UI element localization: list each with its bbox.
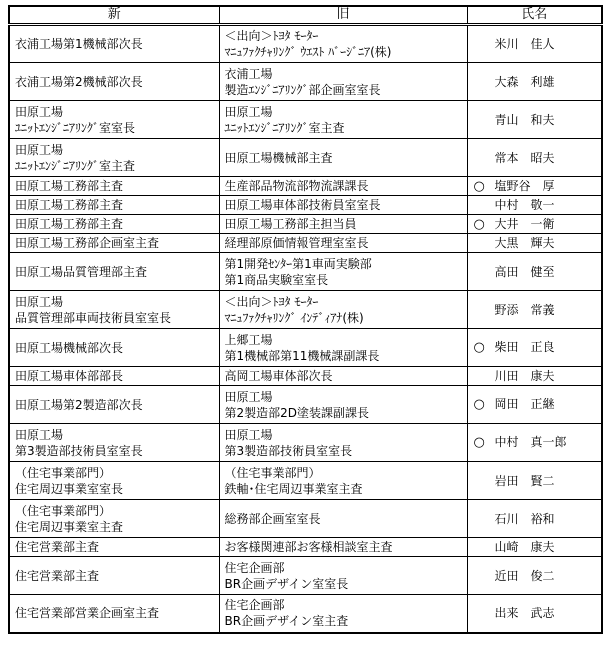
cell-line: 製造ｴﾝｼﾞﾆｱﾘﾝｸﾞ部企画室室長 — [225, 82, 465, 98]
column-header-name: 氏名 — [467, 6, 602, 25]
table-row: 田原工場第3製造部技術員室室長田原工場第3製造部技術員室室長○中村 真一郎 — [9, 424, 602, 462]
old-position-cell: 上郷工場第1機械部第11機械課副課長 — [219, 329, 467, 367]
person-name: 常本 昭夫 — [495, 151, 555, 165]
person-name: 近田 俊二 — [495, 569, 555, 583]
old-position-cell: 経理部原価情報管理室室長 — [219, 234, 467, 253]
table-row: 田原工場ﾕﾆｯﾄｴﾝｼﾞﾆｱﾘﾝｸﾞ室室長田原工場ﾕﾆｯﾄｴﾝｼﾞﾆｱﾘﾝｸﾞ室… — [9, 101, 602, 139]
person-name: 岩田 賢二 — [495, 474, 555, 488]
old-position-cell: 田原工場ﾕﾆｯﾄｴﾝｼﾞﾆｱﾘﾝｸﾞ室主査 — [219, 101, 467, 139]
name-cell: ○中村 真一郎 — [467, 424, 602, 462]
name-cell: 高田 健至 — [467, 253, 602, 291]
old-position-cell: 田原工場第3製造部技術員室室長 — [219, 424, 467, 462]
table-row: 田原工場工務部主査田原工場工務部主担当員○大井 一衛 — [9, 215, 602, 234]
new-position-cell: 田原工場品質管理部車両技術員室室長 — [9, 291, 219, 329]
cell-line: 衣浦工場第1機械部次長 — [15, 36, 217, 52]
cell-line: 第1商品実験室室長 — [225, 272, 465, 288]
person-name: 青山 和夫 — [495, 113, 555, 127]
table-row: 田原工場機械部次長上郷工場第1機械部第11機械課副課長○柴田 正良 — [9, 329, 602, 367]
cell-line: 第3製造部技術員室室長 — [225, 443, 465, 459]
new-position-cell: 田原工場ﾕﾆｯﾄｴﾝｼﾞﾆｱﾘﾝｸﾞ室主査 — [9, 139, 219, 177]
name-cell: 中村 敬一 — [467, 196, 602, 215]
cell-line: 高岡工場車体部次長 — [225, 368, 465, 384]
person-name: 大森 利雄 — [495, 75, 555, 89]
person-name: 川田 康夫 — [495, 369, 555, 383]
person-name: 大黒 輝夫 — [495, 236, 555, 250]
cell-line: 田原工場 — [15, 427, 217, 443]
cell-line: （住宅事業部門） — [225, 465, 465, 481]
new-position-cell: （住宅事業部門）住宅周辺事業室主査 — [9, 500, 219, 538]
cell-line: ＜出向＞ﾄﾖﾀ ﾓｰﾀｰ — [225, 28, 465, 44]
cell-line: 住宅営業部営業企画室主査 — [15, 605, 217, 621]
new-position-cell: 田原工場第3製造部技術員室室長 — [9, 424, 219, 462]
name-cell: 青山 和夫 — [467, 101, 602, 139]
table-row: 田原工場第2製造部次長田原工場第2製造部2D塗装課副課長○岡田 正継 — [9, 386, 602, 424]
table-row: 田原工場車体部部長高岡工場車体部次長川田 康夫 — [9, 367, 602, 386]
cell-line: 田原工場 — [225, 389, 465, 405]
old-position-cell: 田原工場第2製造部2D塗装課副課長 — [219, 386, 467, 424]
cell-line: 田原工場 — [15, 104, 217, 120]
cell-line: 品質管理部車両技術員室室長 — [15, 310, 217, 326]
name-cell: ○岡田 正継 — [467, 386, 602, 424]
cell-line: 第1開発ｾﾝﾀｰ第1車両実験部 — [225, 256, 465, 272]
old-position-cell: 第1開発ｾﾝﾀｰ第1車両実験部第1商品実験室室長 — [219, 253, 467, 291]
cell-line: 田原工場工務部主担当員 — [225, 216, 465, 232]
column-header-old: 旧 — [219, 6, 467, 25]
cell-line: 田原工場 — [225, 104, 465, 120]
new-position-cell: 衣浦工場第2機械部次長 — [9, 63, 219, 101]
new-position-cell: 田原工場工務部主査 — [9, 196, 219, 215]
table-row: 田原工場ﾕﾆｯﾄｴﾝｼﾞﾆｱﾘﾝｸﾞ室主査田原工場機械部主査常本 昭夫 — [9, 139, 602, 177]
table-row: 衣浦工場第2機械部次長衣浦工場製造ｴﾝｼﾞﾆｱﾘﾝｸﾞ部企画室室長大森 利雄 — [9, 63, 602, 101]
cell-line: （住宅事業部門） — [15, 503, 217, 519]
cell-line: ﾕﾆｯﾄｴﾝｼﾞﾆｱﾘﾝｸﾞ室室長 — [15, 120, 217, 136]
cell-line: 鉄軸･住宅周辺事業室主査 — [225, 481, 465, 497]
old-position-cell: 総務部企画室室長 — [219, 500, 467, 538]
person-name: 山崎 康夫 — [495, 540, 555, 554]
old-position-cell: ＜出向＞ﾄﾖﾀ ﾓｰﾀｰﾏﾆｭﾌｧｸﾁｬﾘﾝｸﾞ ｲﾝﾃﾞｨｱﾅ(株) — [219, 291, 467, 329]
cell-line: 田原工場工務部主査 — [15, 197, 217, 213]
cell-line: BR企画デザイン室室長 — [225, 576, 465, 592]
cell-line: 上郷工場 — [225, 332, 465, 348]
cell-line: 田原工場 — [225, 427, 465, 443]
cell-line: 田原工場機械部次長 — [15, 340, 217, 356]
cell-line: 総務部企画室室長 — [225, 511, 465, 527]
new-position-cell: 田原工場品質管理部主査 — [9, 253, 219, 291]
new-position-cell: 衣浦工場第1機械部次長 — [9, 25, 219, 63]
old-position-cell: （住宅事業部門）鉄軸･住宅周辺事業室主査 — [219, 462, 467, 500]
cell-line: 第2製造部2D塗装課副課長 — [225, 405, 465, 421]
old-position-cell: 生産部品物流部物流課課長 — [219, 177, 467, 196]
name-cell: 常本 昭夫 — [467, 139, 602, 177]
new-position-cell: 田原工場工務部主査 — [9, 215, 219, 234]
new-position-cell: 田原工場工務部主査 — [9, 177, 219, 196]
table-row: 住宅営業部営業企画室主査住宅企画部BR企画デザイン室主査出来 武志 — [9, 595, 602, 633]
new-position-cell: （住宅事業部門）住宅周辺事業室室長 — [9, 462, 219, 500]
new-position-cell: 田原工場車体部部長 — [9, 367, 219, 386]
person-name: 出来 武志 — [495, 606, 555, 620]
cell-line: 田原工場車体部技術員室室長 — [225, 197, 465, 213]
cell-line: ﾕﾆｯﾄｴﾝｼﾞﾆｱﾘﾝｸﾞ室主査 — [225, 120, 465, 136]
cell-line: 第3製造部技術員室室長 — [15, 443, 217, 459]
cell-line: ＜出向＞ﾄﾖﾀ ﾓｰﾀｰ — [225, 294, 465, 310]
name-cell: 岩田 賢二 — [467, 462, 602, 500]
cell-line: BR企画デザイン室主査 — [225, 613, 465, 629]
table-row: 田原工場品質管理部車両技術員室室長＜出向＞ﾄﾖﾀ ﾓｰﾀｰﾏﾆｭﾌｧｸﾁｬﾘﾝｸ… — [9, 291, 602, 329]
name-cell: 山崎 康夫 — [467, 538, 602, 557]
circle-mark: ○ — [474, 179, 495, 195]
circle-mark: ○ — [474, 435, 495, 451]
name-cell: 川田 康夫 — [467, 367, 602, 386]
new-position-cell: 住宅営業部主査 — [9, 557, 219, 595]
old-position-cell: 住宅企画部BR企画デザイン室主査 — [219, 595, 467, 633]
name-cell: 近田 俊二 — [467, 557, 602, 595]
cell-line: 田原工場工務部主査 — [15, 178, 217, 194]
header-row: 新 旧 氏名 — [9, 6, 602, 25]
table-row: （住宅事業部門）住宅周辺事業室室長（住宅事業部門）鉄軸･住宅周辺事業室主査岩田 … — [9, 462, 602, 500]
new-position-cell: 住宅営業部営業企画室主査 — [9, 595, 219, 633]
person-name: 中村 敬一 — [495, 198, 555, 212]
table-row: 衣浦工場第1機械部次長＜出向＞ﾄﾖﾀ ﾓｰﾀｰﾏﾆｭﾌｧｸﾁｬﾘﾝｸﾞ ｳｴｽﾄ… — [9, 25, 602, 63]
cell-line: 田原工場 — [15, 142, 217, 158]
cell-line: 田原工場工務部主査 — [15, 216, 217, 232]
name-cell: ○大井 一衛 — [467, 215, 602, 234]
cell-line: 田原工場品質管理部主査 — [15, 264, 217, 280]
cell-line: 住宅営業部主査 — [15, 539, 217, 555]
new-position-cell: 田原工場ﾕﾆｯﾄｴﾝｼﾞﾆｱﾘﾝｸﾞ室室長 — [9, 101, 219, 139]
cell-line: 田原工場 — [15, 294, 217, 310]
cell-line: 第1機械部第11機械課副課長 — [225, 348, 465, 364]
old-position-cell: 田原工場車体部技術員室室長 — [219, 196, 467, 215]
person-name: 岡田 正継 — [495, 397, 555, 411]
name-cell: 出来 武志 — [467, 595, 602, 633]
name-cell: 野添 常義 — [467, 291, 602, 329]
cell-line: 経理部原価情報管理室室長 — [225, 235, 465, 251]
circle-mark: ○ — [474, 217, 495, 233]
cell-line: 田原工場車体部部長 — [15, 368, 217, 384]
old-position-cell: 住宅企画部BR企画デザイン室室長 — [219, 557, 467, 595]
cell-line: 住宅企画部 — [225, 560, 465, 576]
cell-line: 生産部品物流部物流課課長 — [225, 178, 465, 194]
name-cell: ○柴田 正良 — [467, 329, 602, 367]
person-name: 柴田 正良 — [495, 340, 555, 354]
cell-line: 住宅周辺事業室室長 — [15, 481, 217, 497]
cell-line: 田原工場第2製造部次長 — [15, 397, 217, 413]
table-body: 衣浦工場第1機械部次長＜出向＞ﾄﾖﾀ ﾓｰﾀｰﾏﾆｭﾌｧｸﾁｬﾘﾝｸﾞ ｳｴｽﾄ… — [9, 25, 602, 633]
table-row: 田原工場工務部企画室主査経理部原価情報管理室室長大黒 輝夫 — [9, 234, 602, 253]
new-position-cell: 田原工場第2製造部次長 — [9, 386, 219, 424]
circle-mark: ○ — [474, 397, 495, 413]
person-name: 野添 常義 — [495, 303, 555, 317]
old-position-cell: 田原工場工務部主担当員 — [219, 215, 467, 234]
new-position-cell: 田原工場工務部企画室主査 — [9, 234, 219, 253]
cell-line: 田原工場機械部主査 — [225, 150, 465, 166]
old-position-cell: 衣浦工場製造ｴﾝｼﾞﾆｱﾘﾝｸﾞ部企画室室長 — [219, 63, 467, 101]
new-position-cell: 田原工場機械部次長 — [9, 329, 219, 367]
table-row: 田原工場品質管理部主査第1開発ｾﾝﾀｰ第1車両実験部第1商品実験室室長高田 健至 — [9, 253, 602, 291]
person-name: 米川 佳人 — [495, 37, 555, 51]
cell-line: ﾕﾆｯﾄｴﾝｼﾞﾆｱﾘﾝｸﾞ室主査 — [15, 158, 217, 174]
person-name: 高田 健至 — [495, 265, 555, 279]
table-row: 住宅営業部主査お客様関連部お客様相談室主査山崎 康夫 — [9, 538, 602, 557]
old-position-cell: 高岡工場車体部次長 — [219, 367, 467, 386]
cell-line: 住宅周辺事業室主査 — [15, 519, 217, 535]
column-header-new: 新 — [9, 6, 219, 25]
circle-mark: ○ — [474, 340, 495, 356]
old-position-cell: 田原工場機械部主査 — [219, 139, 467, 177]
name-cell: 石川 裕和 — [467, 500, 602, 538]
person-name: 塩野谷 厚 — [495, 179, 555, 193]
document-page: 新 旧 氏名 衣浦工場第1機械部次長＜出向＞ﾄﾖﾀ ﾓｰﾀｰﾏﾆｭﾌｧｸﾁｬﾘﾝ… — [8, 5, 603, 634]
person-name: 中村 真一郎 — [495, 435, 567, 449]
person-name: 大井 一衛 — [495, 217, 555, 231]
old-position-cell: ＜出向＞ﾄﾖﾀ ﾓｰﾀｰﾏﾆｭﾌｧｸﾁｬﾘﾝｸﾞ ｳｴｽﾄ ﾊﾞｰｼﾞﾆｱ(株) — [219, 25, 467, 63]
name-cell: ○塩野谷 厚 — [467, 177, 602, 196]
cell-line: ﾏﾆｭﾌｧｸﾁｬﾘﾝｸﾞ ｳｴｽﾄ ﾊﾞｰｼﾞﾆｱ(株) — [225, 44, 465, 60]
cell-line: 住宅企画部 — [225, 597, 465, 613]
table-row: 田原工場工務部主査田原工場車体部技術員室室長中村 敬一 — [9, 196, 602, 215]
person-name: 石川 裕和 — [495, 512, 555, 526]
name-cell: 大黒 輝夫 — [467, 234, 602, 253]
cell-line: 田原工場工務部企画室主査 — [15, 235, 217, 251]
new-position-cell: 住宅営業部主査 — [9, 538, 219, 557]
name-cell: 米川 佳人 — [467, 25, 602, 63]
table-row: 田原工場工務部主査生産部品物流部物流課課長○塩野谷 厚 — [9, 177, 602, 196]
cell-line: 衣浦工場 — [225, 66, 465, 82]
cell-line: お客様関連部お客様相談室主査 — [225, 539, 465, 555]
personnel-transfer-table: 新 旧 氏名 衣浦工場第1機械部次長＜出向＞ﾄﾖﾀ ﾓｰﾀｰﾏﾆｭﾌｧｸﾁｬﾘﾝ… — [8, 5, 603, 634]
table-row: （住宅事業部門）住宅周辺事業室主査総務部企画室室長石川 裕和 — [9, 500, 602, 538]
cell-line: ﾏﾆｭﾌｧｸﾁｬﾘﾝｸﾞ ｲﾝﾃﾞｨｱﾅ(株) — [225, 310, 465, 326]
old-position-cell: お客様関連部お客様相談室主査 — [219, 538, 467, 557]
cell-line: （住宅事業部門） — [15, 465, 217, 481]
name-cell: 大森 利雄 — [467, 63, 602, 101]
cell-line: 住宅営業部主査 — [15, 568, 217, 584]
table-row: 住宅営業部主査住宅企画部BR企画デザイン室室長近田 俊二 — [9, 557, 602, 595]
cell-line: 衣浦工場第2機械部次長 — [15, 74, 217, 90]
